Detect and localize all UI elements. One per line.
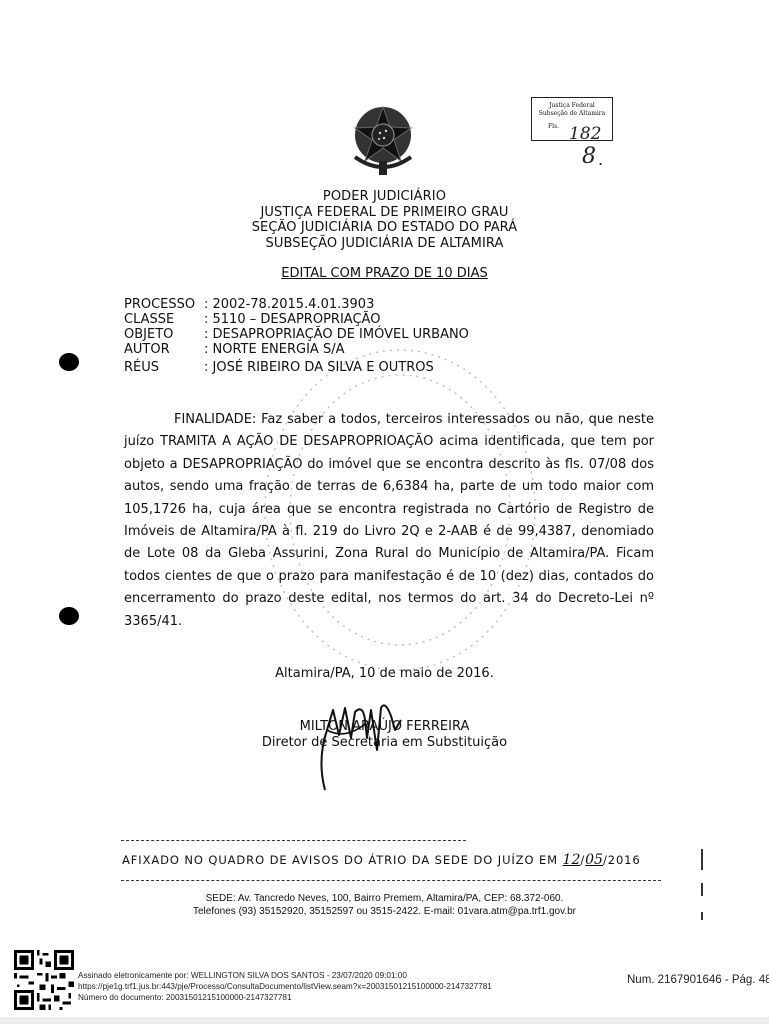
posting-month-handwritten: 05 [585, 852, 603, 868]
header-line-3: SEÇÃO JUDICIÁRIA DO ESTADO DO PARÁ [0, 220, 769, 236]
signed-by: Assinado eletronicamente por: WELLINGTON… [78, 970, 492, 981]
info-value: : JOSÉ RIBEIRO DA SILVA E OUTROS [204, 360, 434, 375]
posting-year: /2016 [603, 853, 641, 867]
margin-mark [701, 883, 703, 896]
info-row-autor: AUTOR : NORTE ENERGIA S/A [124, 342, 469, 357]
signer-role: Diretor de Secretaria em Substituição [0, 735, 769, 751]
footer-bar [0, 1017, 769, 1024]
electronic-signature-info: Assinado eletronicamente por: WELLINGTON… [78, 970, 492, 1003]
info-row-objeto: OBJETO : DESAPROPRIAÇÃO DE IMÓVEL URBANO [124, 327, 469, 342]
signer-block: MILTON ARAÚJO FERREIRA Diretor de Secret… [0, 719, 769, 751]
info-label: PROCESSO [124, 297, 204, 312]
page-number: Num. 2167901646 - Pág. 48 [627, 974, 769, 986]
margin-mark [701, 912, 703, 920]
punch-hole [59, 353, 79, 371]
punch-hole [59, 607, 79, 625]
court-header: PODER JUDICIÁRIO JUSTIÇA FEDERAL DE PRIM… [0, 189, 769, 251]
header-line-4: SUBSEÇÃO JUDICIÁRIA DE ALTAMIRA [0, 236, 769, 252]
posting-notice: AFIXADO NO QUADRO DE AVISOS DO ÁTRIO DA … [122, 852, 641, 868]
address-line: SEDE: Av. Tancredo Neves, 100, Bairro Pr… [0, 893, 769, 906]
header-line-1: PODER JUDICIÁRIO [0, 189, 769, 205]
stamp-line-1: Justiça Federal [532, 102, 612, 110]
info-value: : 2002-78.2015.4.01.3903 [204, 297, 374, 312]
margin-mark [701, 849, 703, 870]
signer-name: MILTON ARAÚJO FERREIRA [0, 719, 769, 735]
info-row-processo: PROCESSO : 2002-78.2015.4.01.3903 [124, 297, 469, 312]
body-paragraph: FINALIDADE: Faz saber a todos, terceiros… [124, 409, 654, 633]
document-number: Número do documento: 20031501215100000-2… [78, 992, 492, 1003]
info-label: AUTOR [124, 342, 204, 357]
stamp-line-2: Subseção de Altamira [532, 110, 612, 118]
brazil-coat-of-arms-icon [345, 101, 421, 179]
page-mark-handwritten: 8 [582, 144, 596, 169]
posting-day-handwritten: 12 [563, 852, 581, 868]
info-label: CLASSE [124, 312, 204, 327]
info-label: RÉUS [124, 360, 204, 375]
place-date: Altamira/PA, 10 de maio de 2016. [0, 666, 769, 681]
header-line-2: JUSTIÇA FEDERAL DE PRIMEIRO GRAU [0, 205, 769, 221]
body-text: FINALIDADE: Faz saber a todos, terceiros… [124, 412, 654, 629]
info-value: : NORTE ENERGIA S/A [204, 342, 345, 357]
posting-text: AFIXADO NO QUADRO DE AVISOS DO ÁTRIO DA … [122, 853, 558, 867]
info-row-reus: RÉUS : JOSÉ RIBEIRO DA SILVA E OUTROS [124, 360, 469, 375]
info-value: : 5110 – DESAPROPRIAÇÃO [204, 312, 380, 327]
case-info: PROCESSO : 2002-78.2015.4.01.3903 CLASSE… [124, 297, 469, 375]
court-address: SEDE: Av. Tancredo Neves, 100, Bairro Pr… [0, 893, 769, 918]
page-mark-dot: . [598, 150, 603, 169]
info-label: OBJETO [124, 327, 204, 342]
document-url[interactable]: https://pje1g.trf1.jus.br:443/pje/Proces… [78, 981, 492, 992]
qr-code-icon[interactable] [14, 950, 74, 1010]
info-value: : DESAPROPRIAÇÃO DE IMÓVEL URBANO [204, 327, 469, 342]
document-title: EDITAL COM PRAZO DE 10 DIAS [0, 266, 769, 281]
info-row-classe: CLASSE : 5110 – DESAPROPRIAÇÃO [124, 312, 469, 327]
fls-number-handwritten: 182 [569, 124, 601, 144]
dashed-separator [121, 840, 466, 841]
dashed-separator [121, 880, 661, 881]
contact-line: Telefones (93) 35152920, 35152597 ou 351… [0, 906, 769, 919]
